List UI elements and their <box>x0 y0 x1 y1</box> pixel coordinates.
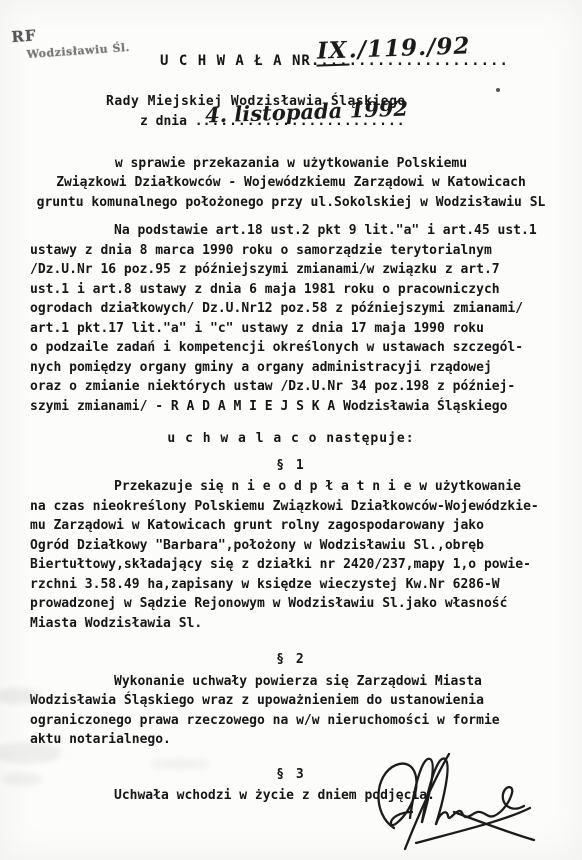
section-line: prowadzonej w Sądzie Rejonowym w Wodzisł… <box>30 594 560 614</box>
legal-line: o podzaile zadań i kompetencji określony… <box>30 338 560 358</box>
legal-line: nych pomiędzy organy gminy a organy admi… <box>30 358 560 378</box>
legal-line: szymi zmianami/ - R A D A M I E J S K A … <box>30 397 560 417</box>
legal-line: oraz o zmianie niektórych ustaw /Dz.U.Nr… <box>30 377 560 397</box>
handwritten-roman-numeral: IX <box>316 37 350 67</box>
section-line: ograniczonego prawa rzeczowego na w/w ni… <box>30 711 560 731</box>
legal-line: /Dz.U.Nr 16 poz.95 z późniejszymi zmiana… <box>30 260 560 280</box>
section-2-body: Wykonanie uchwały powierza się Zarządowi… <box>30 672 560 750</box>
title-typed-label: U C H W A Ł A NR. <box>160 53 320 69</box>
scan-smudge <box>150 758 210 770</box>
date-slot: .......................4. listopada 1992 <box>203 112 406 132</box>
handwritten-date: 4. listopada 1992 <box>204 98 408 125</box>
section-line: aktu notarialnego. <box>30 730 560 750</box>
subject-line: gruntu komunalnego położonego przy ul.So… <box>0 193 582 213</box>
section-line: Miasta Wodzisławia Sl. <box>30 614 560 634</box>
legal-basis-block: Na podstawie art.18 ust.2 pkt 9 lit."a" … <box>30 221 560 416</box>
resolution-number-slot: ....................IX./119./92 <box>320 52 509 72</box>
section-line: Wodzisławia Śląskiego wraz z upoważnieni… <box>30 691 560 711</box>
date-line: z dnia ........................4. listop… <box>140 112 582 138</box>
signature-icon <box>358 750 548 858</box>
section-line: Przekazuje się n i e o d p ł a t n i e w… <box>30 477 560 497</box>
section-line: Ogród Działkowy "Barbara",położony w Wod… <box>30 536 560 556</box>
section-2-heading: § 2 <box>0 650 582 670</box>
scan-smudge <box>0 742 62 764</box>
scan-smudge <box>2 772 42 786</box>
resolution-title: U C H W A Ł A NR.....................IX.… <box>160 52 582 82</box>
section-line: mu Zarządowi w Katowicach grunt rolny za… <box>30 516 560 536</box>
subject-block: w sprawie przekazania w użytkowanie Pols… <box>0 154 582 213</box>
section-1-body: Przekazuje się n i e o d p ł a t n i e w… <box>30 477 560 633</box>
enacting-formula: u c h w a l a c o następuje: <box>0 429 582 449</box>
subject-line: w sprawie przekazania w użytkowanie Pols… <box>0 154 582 174</box>
legal-line: Na podstawie art.18 ust.2 pkt 9 lit."a" … <box>30 221 560 241</box>
scanned-resolution-document: RF Wodzisławiu Śl. U C H W A Ł A NR.....… <box>0 0 582 860</box>
legal-line: ustawy z dnia 8 marca 1990 roku o samorz… <box>30 241 560 261</box>
handwritten-resolution-number: IX./119./92 <box>316 36 471 61</box>
subject-line: Związkowi Działkowców - Wojewódzkiemu Za… <box>0 173 582 193</box>
office-stamp: RF Wodzisławiu Śl. <box>11 20 131 65</box>
legal-line: ogrodach działkowych/ Dz.U.Nr12 poz.58 z… <box>30 299 560 319</box>
section-line: Wykonanie uchwały powierza się Zarządowi… <box>30 672 560 692</box>
date-label: z dnia . <box>140 114 203 129</box>
legal-line: ust.1 i art.8 ustawy z dnia 6 maja 1981 … <box>30 280 560 300</box>
legal-line: art.1 pkt.17 lit."a" i "c" ustawy z dnia… <box>30 319 560 339</box>
section-line: rzchni 3.58.49 ha,zapisany w księdze wie… <box>30 575 560 595</box>
section-1-heading: § 1 <box>0 456 582 476</box>
ink-dot-artifact <box>496 88 500 92</box>
handwritten-number-rest: ./119./92 <box>348 32 471 63</box>
section-line: na czas nieokreślony Polskiemu Związkowi… <box>30 497 560 517</box>
section-line: Biertułtowy,składający się z działki nr … <box>30 555 560 575</box>
